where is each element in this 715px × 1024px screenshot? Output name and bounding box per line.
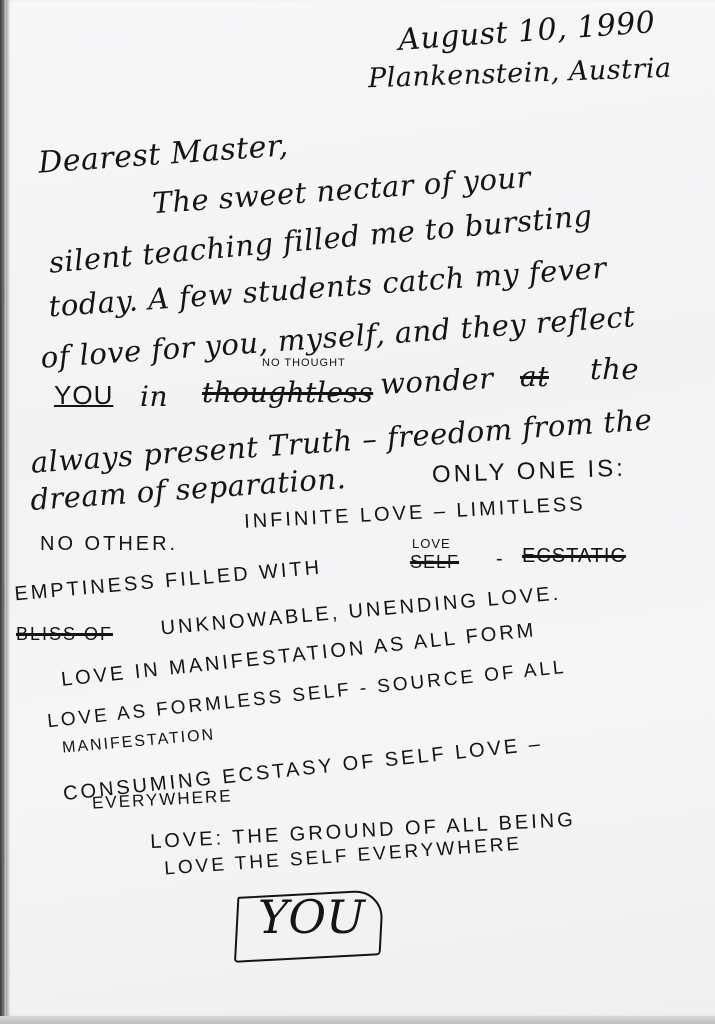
letter-line-10-dash: - xyxy=(496,548,506,571)
letter-line-9-no-other: NO OTHER. xyxy=(40,533,178,556)
letter-you-emphasis: YOU xyxy=(54,380,113,411)
letter-line-5-in: in xyxy=(140,380,168,413)
letter-crossed-ecstatic: ECSTATIC xyxy=(522,545,626,568)
letter-line-5-wonder: wonder xyxy=(379,361,494,401)
letter-crossed-self: SELF xyxy=(410,552,459,573)
letter-insert-no-thought: NO THOUGHT xyxy=(262,357,346,369)
letter-crossed-thoughtless: thoughtless xyxy=(202,376,373,409)
letter-signature: YOU xyxy=(258,890,365,944)
letter-insert-love: LOVE xyxy=(412,536,451,551)
scan-bottom-edge xyxy=(0,1016,715,1024)
letter-crossed-at: at xyxy=(520,360,549,393)
letter-line-5-the: the xyxy=(590,352,639,386)
letter-crossed-bliss-of: BLISS OF xyxy=(16,624,113,645)
